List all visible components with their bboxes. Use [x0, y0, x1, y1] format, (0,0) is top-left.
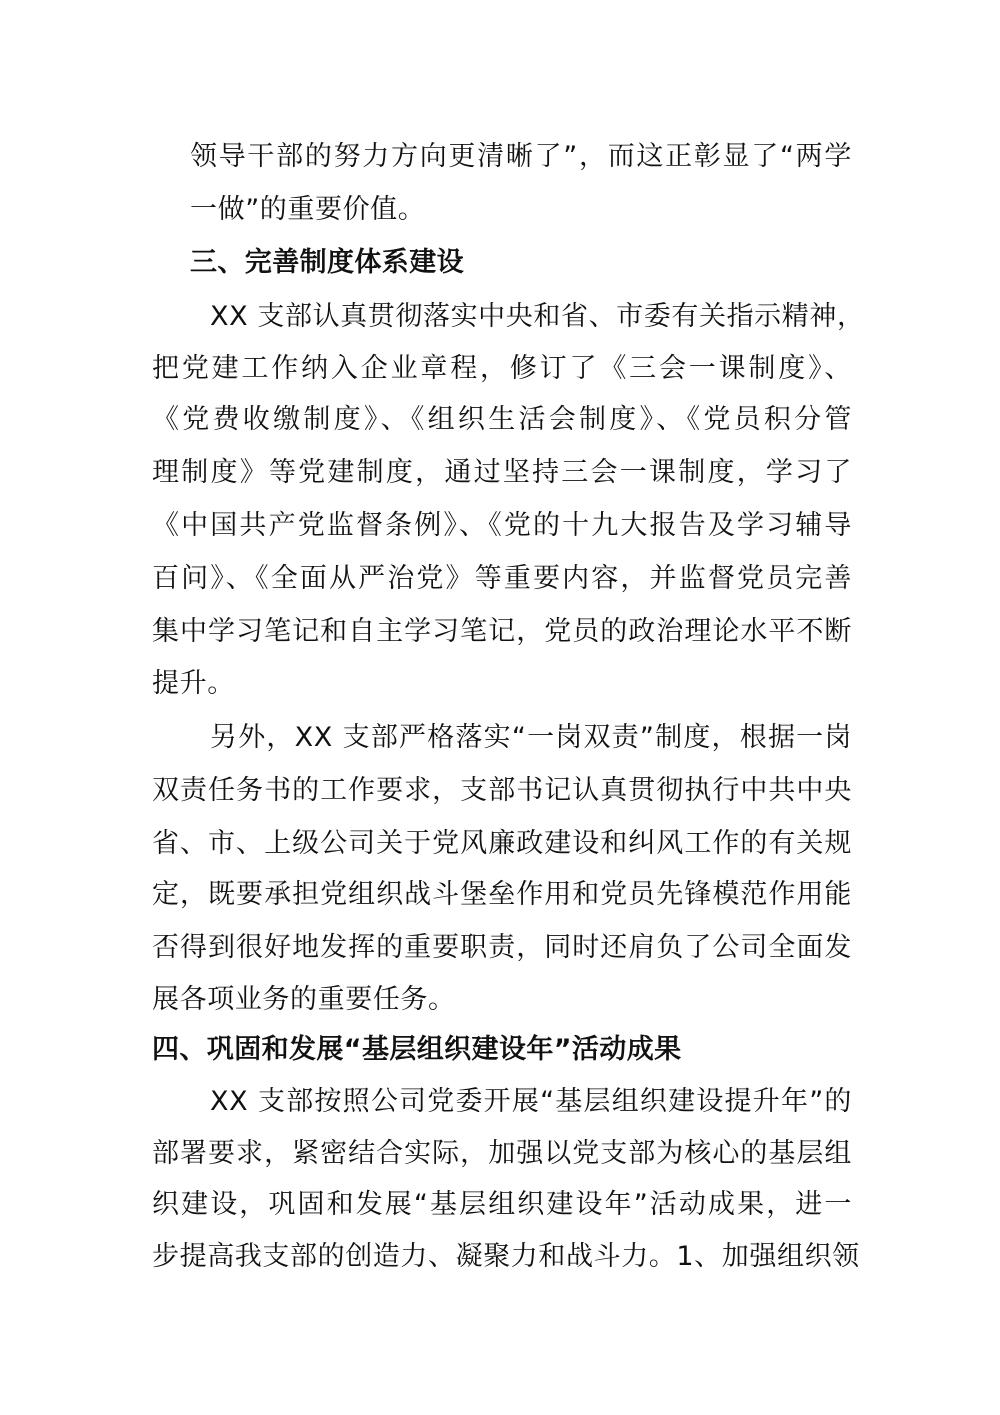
paragraph-line: 双责任务书的工作要求，支部书记认真贯彻执行中共中央	[152, 771, 852, 811]
paragraph-line: 理制度》等党建制度，通过坚持三会一课制度，学习了	[152, 453, 852, 493]
document-page: 领导干部的努力方向更清晰了”，而这正彰显了“两学一做”的重要价值。三、完善制度体…	[0, 0, 1000, 1415]
paragraph-line: 《党费收缴制度》、《组织生活会制度》、《党员积分管	[152, 400, 852, 440]
paragraph-line: 百问》、《全面从严治党》等重要内容，并监督党员完善	[152, 559, 852, 599]
paragraph-line: XX 支部按照公司党委开展“基层组织建设提升年”的	[210, 1082, 852, 1122]
paragraph-line: XX 支部认真贯彻落实中央和省、市委有关指示精神，	[210, 297, 852, 337]
paragraph-line: 另外，XX 支部严格落实“一岗双责”制度，根据一岗	[210, 718, 852, 758]
paragraph-line: 把党建工作纳入企业章程，修订了《三会一课制度》、	[152, 349, 852, 389]
paragraph-line: 提升。	[152, 664, 852, 704]
section-heading: 三、完善制度体系建设	[190, 243, 852, 283]
paragraph-line: 展各项业务的重要任务。	[152, 980, 852, 1020]
paragraph-line: 部署要求，紧密结合实际，加强以党支部为核心的基层组	[152, 1134, 852, 1174]
paragraph-line: 步提高我支部的创造力、凝聚力和战斗力。1、加强组织领	[152, 1237, 852, 1277]
paragraph-line: 集中学习笔记和自主学习笔记，党员的政治理论水平不断	[152, 612, 852, 652]
paragraph-line: 定，既要承担党组织战斗堡垒作用和党员先锋模范作用能	[152, 875, 852, 915]
paragraph-line: 领导干部的努力方向更清晰了”，而这正彰显了“两学	[190, 137, 852, 177]
paragraph-line: 省、市、上级公司关于党风廉政建设和纠风工作的有关规	[152, 824, 852, 864]
section-heading: 四、巩固和发展“基层组织建设年”活动成果	[152, 1030, 852, 1070]
paragraph-line: 《中国共产党监督条例》、《党的十九大报告及学习辅导	[152, 506, 852, 546]
paragraph-line: 一做”的重要价值。	[190, 190, 852, 230]
paragraph-line: 否得到很好地发挥的重要职责，同时还肩负了公司全面发	[152, 928, 852, 968]
paragraph-line: 织建设，巩固和发展“基层组织建设年”活动成果，进一	[152, 1185, 852, 1225]
